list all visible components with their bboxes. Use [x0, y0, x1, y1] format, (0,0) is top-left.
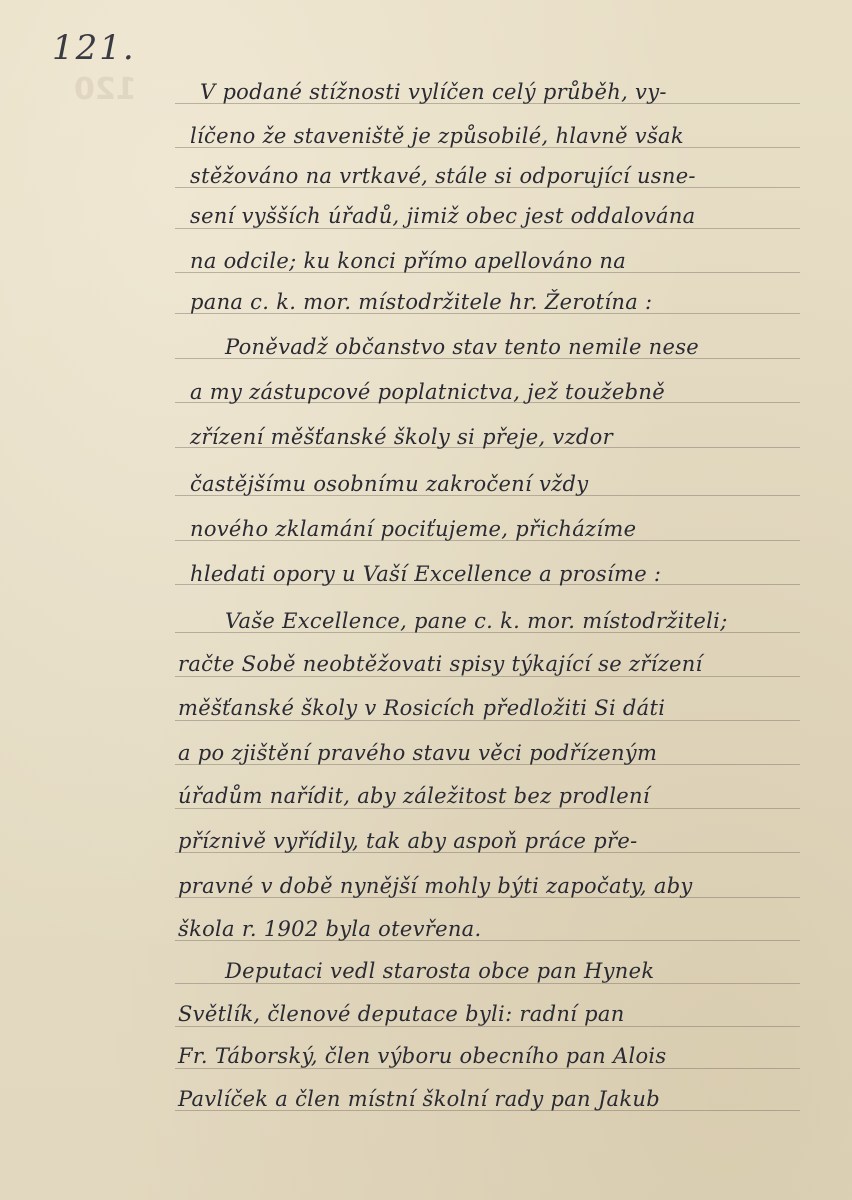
bleed-through-page-number: 120 — [74, 72, 137, 107]
text-line: měšťanské školy v Rosicích předložiti Si… — [178, 694, 818, 722]
text-line: a my zástupcové poplatnictva, jež toužeb… — [190, 378, 830, 406]
text-line: na odcile; ku konci přímo apellováno na — [190, 247, 830, 275]
text-line: častějšímu osobnímu zakročení vždy — [190, 470, 830, 498]
text-line: račte Sobě neobtěžovati spisy týkající s… — [178, 650, 818, 678]
text-line: pana c. k. mor. místodržitele hr. Žerotí… — [190, 288, 830, 316]
text-line: a po zjištění pravého stavu věci podříze… — [178, 739, 818, 767]
text-line: Vaše Excellence, pane c. k. mor. místodr… — [225, 607, 852, 635]
text-line: pravné v době nynější mohly býti započat… — [178, 872, 818, 900]
text-line: Pavlíček a člen místní školní rady pan J… — [178, 1085, 818, 1113]
text-line: sení vyšších úřadů, jimiž obec jest odda… — [190, 202, 830, 230]
text-line: Deputaci vedl starosta obce pan Hynek — [225, 957, 852, 985]
text-line: líčeno že staveniště je způsobilé, hlavn… — [190, 122, 830, 150]
text-line: úřadům nařídit, aby záležitost bez prodl… — [178, 782, 818, 810]
text-line: škola r. 1902 byla otevřena. — [178, 915, 818, 943]
text-line: V podané stížnosti vylíčen celý průběh, … — [200, 78, 840, 106]
page-number: 121. — [52, 28, 136, 68]
text-line: příznivě vyřídily, tak aby aspoň práce p… — [178, 827, 818, 855]
text-line: zřízení měšťanské školy si přeje, vzdor — [190, 423, 830, 451]
text-line: Fr. Táborský, člen výboru obecního pan A… — [178, 1042, 818, 1070]
text-line: Světlík, členové deputace byli: radní pa… — [178, 1000, 818, 1028]
text-line: Poněvadž občanstvo stav tento nemile nes… — [225, 333, 852, 361]
text-line: hledati opory u Vaší Excellence a prosím… — [190, 560, 830, 588]
text-line: nového zklamání pociťujeme, přicházíme — [190, 515, 830, 543]
manuscript-page: 121. 120 V podané stížnosti vylíčen celý… — [0, 0, 852, 1200]
text-line: stěžováno na vrtkavé, stále si odporujíc… — [190, 162, 830, 190]
